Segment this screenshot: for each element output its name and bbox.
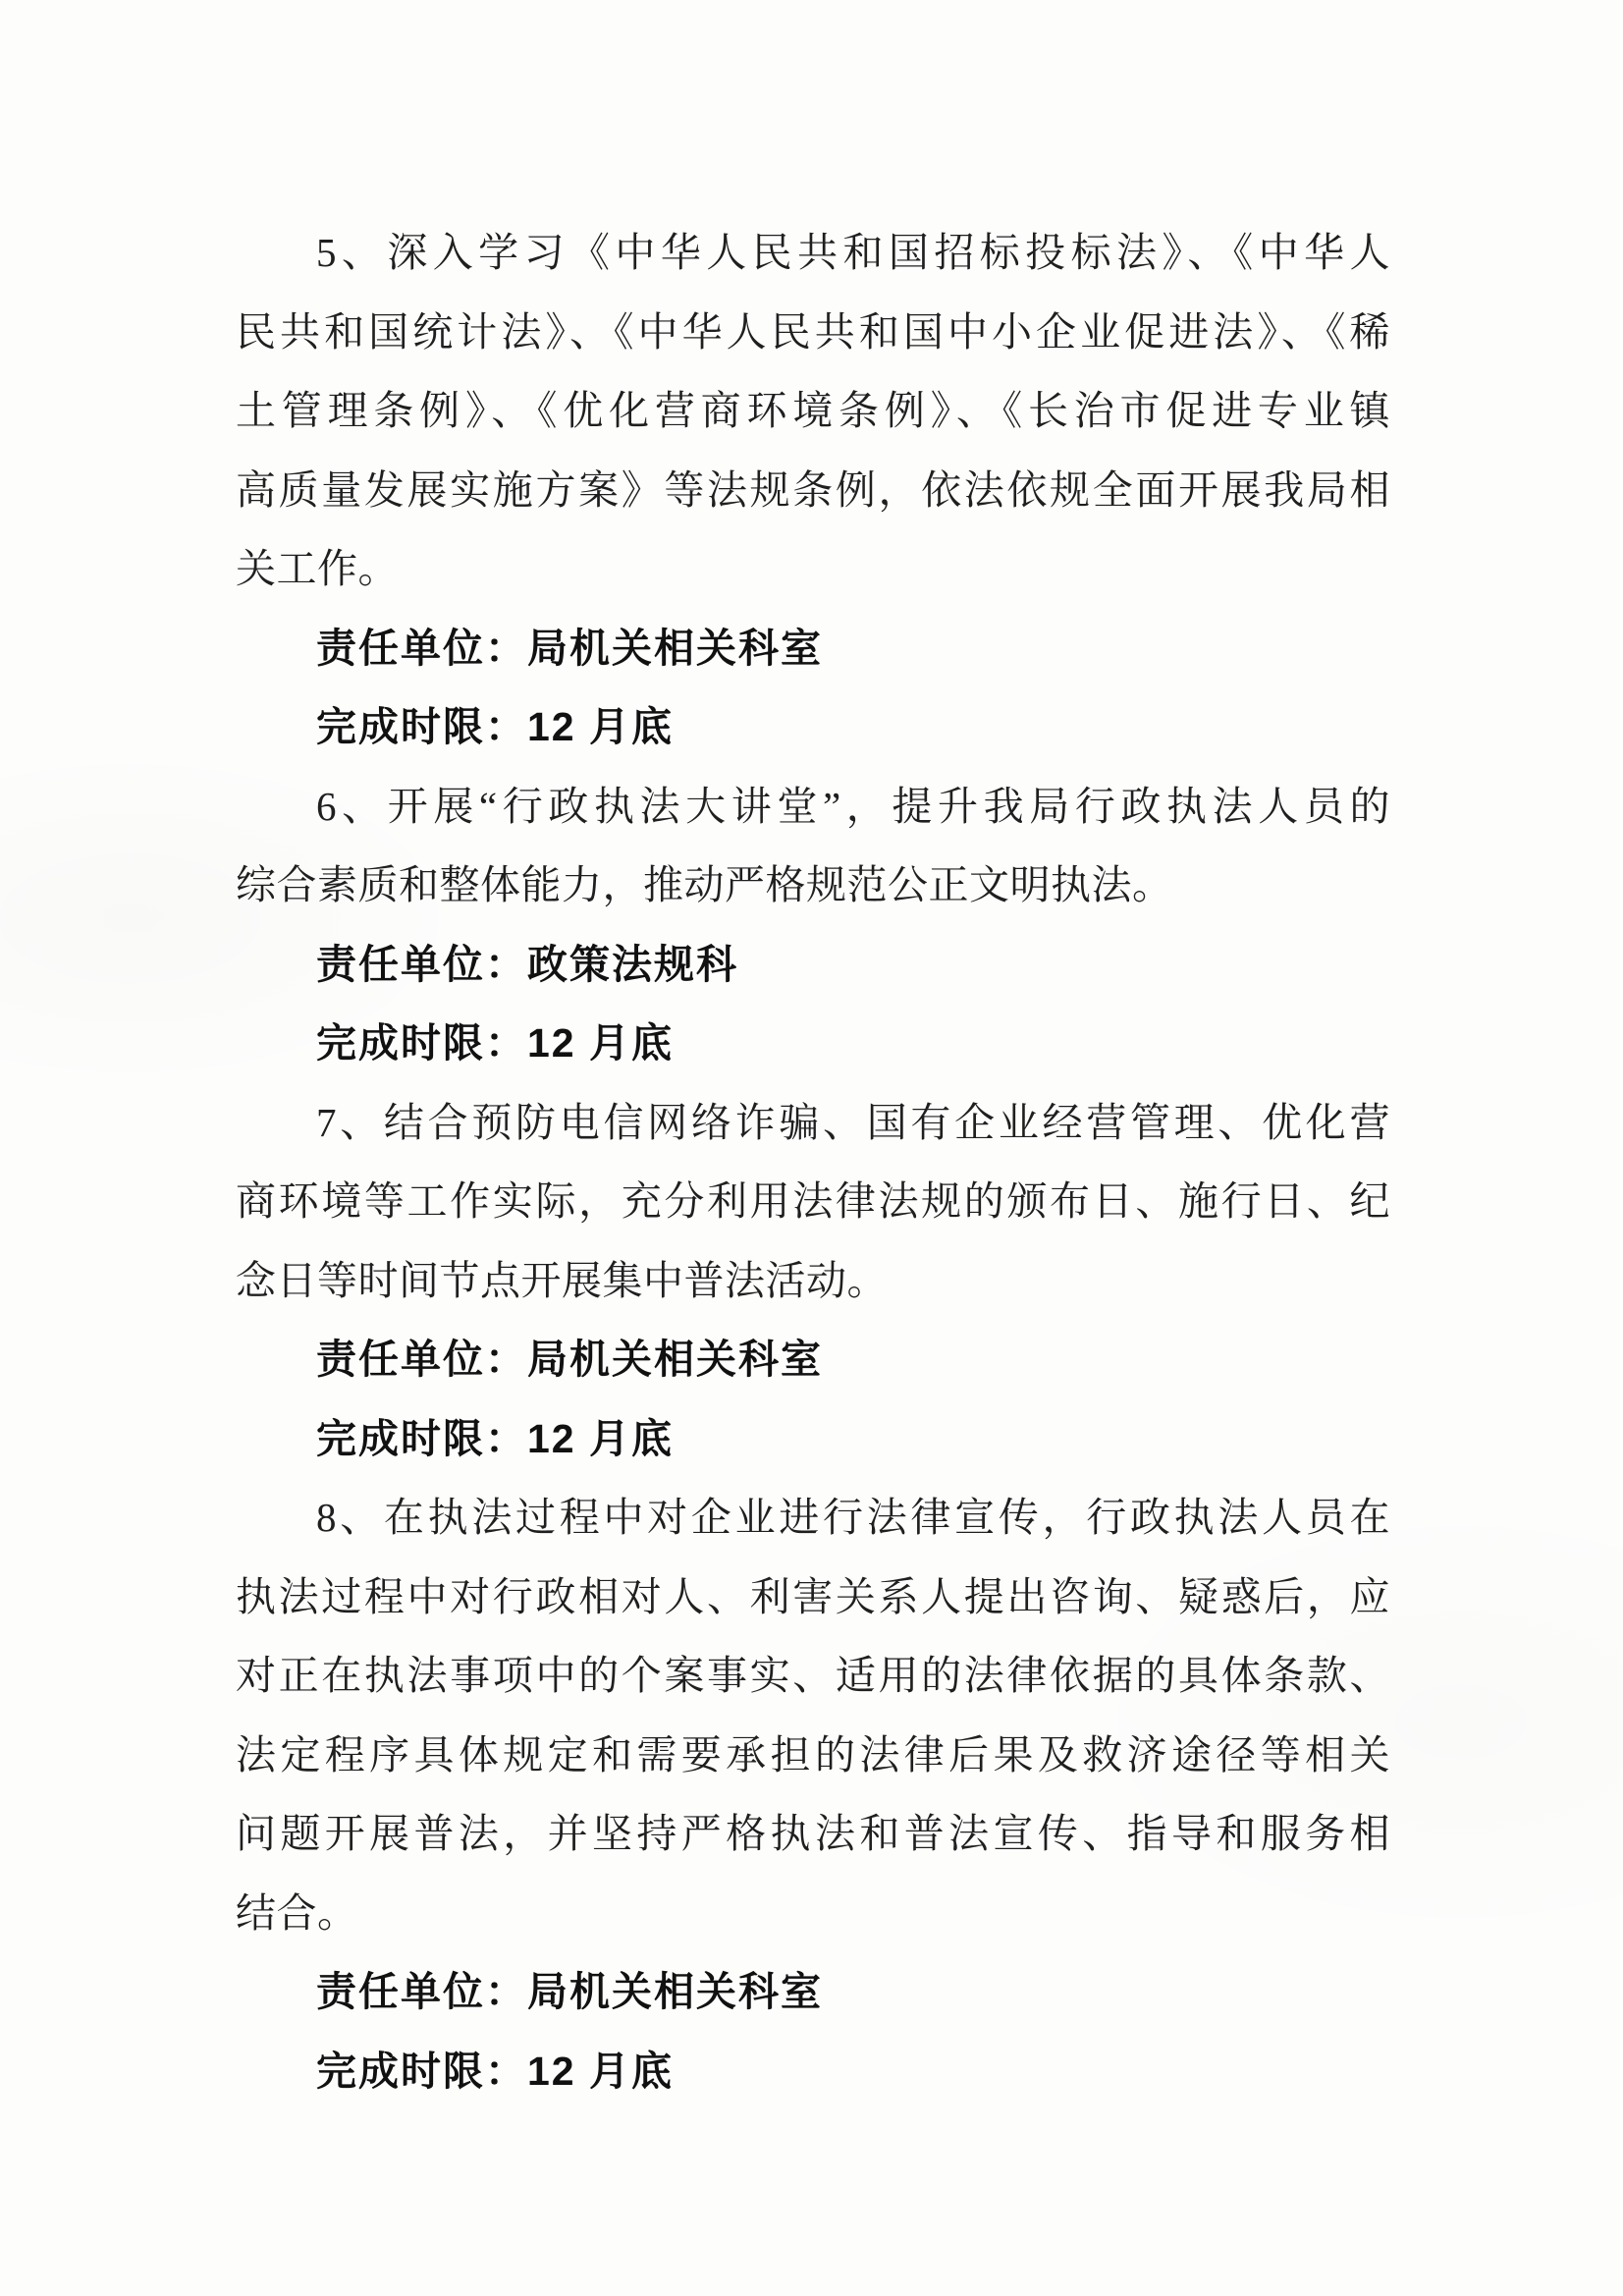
paragraph-8-line: 执法过程中对行政相对人、利害关系人提出咨询、疑惑后，应 — [236, 1558, 1390, 1637]
responsible-unit-label: 责任单位：局机关相关科室 — [236, 609, 1390, 688]
paragraph-8-line: 问题开展普法，并坚持严格执法和普法宣传、指导和服务相 — [236, 1794, 1390, 1874]
responsible-unit-label: 责任单位：政策法规科 — [236, 925, 1390, 1005]
document-page: 5、深入学习《中华人民共和国招标投标法》、《中华人 民共和国统计法》、《中华人民… — [0, 0, 1623, 2296]
deadline-label: 完成时限：12 月底 — [236, 1004, 1390, 1083]
paragraph-6-line: 6、开展“行政执法大讲堂”，提升我局行政执法人员的 — [236, 767, 1390, 847]
paragraph-5-line: 民共和国统计法》、《中华人民共和国中小企业促进法》、《稀 — [236, 293, 1390, 372]
paragraph-5-line: 关工作。 — [236, 529, 1390, 609]
paragraph-7-line: 念日等时间节点开展集中普法活动。 — [236, 1241, 1390, 1321]
paragraph-6-line: 综合素质和整体能力，推动严格规范公正文明执法。 — [236, 846, 1390, 925]
deadline-label: 完成时限：12 月底 — [236, 2032, 1390, 2111]
deadline-label: 完成时限：12 月底 — [236, 687, 1390, 767]
document-text-block: 5、深入学习《中华人民共和国招标投标法》、《中华人 民共和国统计法》、《中华人民… — [236, 213, 1390, 2110]
paragraph-8-line: 对正在执法事项中的个案事实、适用的法律依据的具体条款、 — [236, 1636, 1390, 1716]
paragraph-7-line: 7、结合预防电信网络诈骗、国有企业经营管理、优化营 — [236, 1083, 1390, 1163]
paragraph-5-line: 5、深入学习《中华人民共和国招标投标法》、《中华人 — [236, 213, 1390, 293]
responsible-unit-label: 责任单位：局机关相关科室 — [236, 1320, 1390, 1399]
paragraph-8-line: 法定程序具体规定和需要承担的法律后果及救济途径等相关 — [236, 1716, 1390, 1795]
paragraph-5-line: 土管理条例》、《优化营商环境条例》、《长治市促进专业镇 — [236, 371, 1390, 451]
paragraph-8-line: 8、在执法过程中对企业进行法律宣传，行政执法人员在 — [236, 1478, 1390, 1558]
paragraph-7-line: 商环境等工作实际，充分利用法律法规的颁布日、施行日、纪 — [236, 1162, 1390, 1241]
paragraph-8-line: 结合。 — [236, 1874, 1390, 1953]
paragraph-5-line: 高质量发展实施方案》等法规条例，依法依规全面开展我局相 — [236, 451, 1390, 530]
deadline-label: 完成时限：12 月底 — [236, 1399, 1390, 1479]
responsible-unit-label: 责任单位：局机关相关科室 — [236, 1952, 1390, 2032]
